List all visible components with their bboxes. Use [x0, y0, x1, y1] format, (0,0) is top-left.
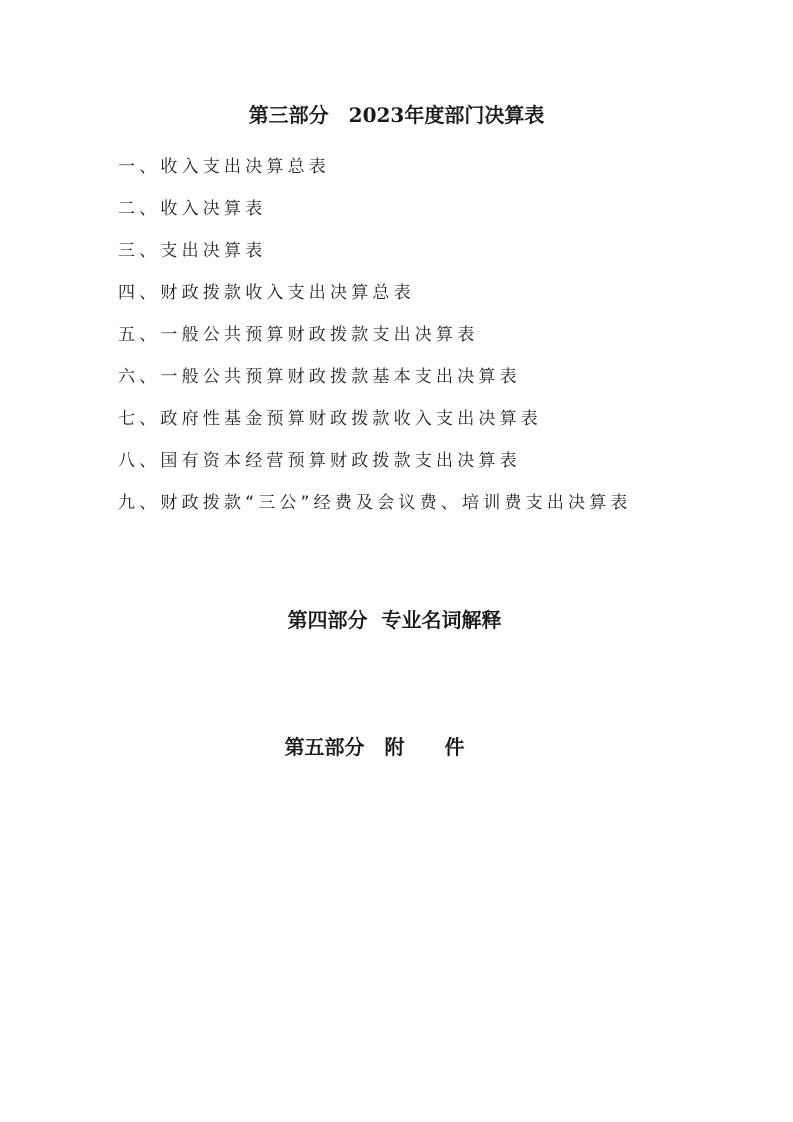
list-item: 八、国有资本经营预算财政拨款支出决算表	[118, 440, 632, 482]
list-item: 二、收入决算表	[118, 188, 632, 230]
section-4-heading: 第四部分 专业名词解释	[0, 608, 791, 632]
section-3-heading: 第三部分 2023年度部门决算表	[0, 103, 793, 127]
list-item: 三、支出决算表	[118, 230, 632, 272]
list-item: 七、政府性基金预算财政拨款收入支出决算表	[118, 398, 632, 440]
section-5-heading: 第五部分 附 件	[0, 735, 771, 759]
list-item: 五、一般公共预算财政拨款支出决算表	[118, 314, 632, 356]
list-item: 四、财政拨款收入支出决算总表	[118, 272, 632, 314]
list-item: 六、一般公共预算财政拨款基本支出决算表	[118, 356, 632, 398]
section-3-table-list: 一、收入支出决算总表 二、收入决算表 三、支出决算表 四、财政拨款收入支出决算总…	[118, 146, 632, 524]
list-item: 九、财政拨款“三公”经费及会议费、培训费支出决算表	[118, 482, 632, 524]
list-item: 一、收入支出决算总表	[118, 146, 632, 188]
